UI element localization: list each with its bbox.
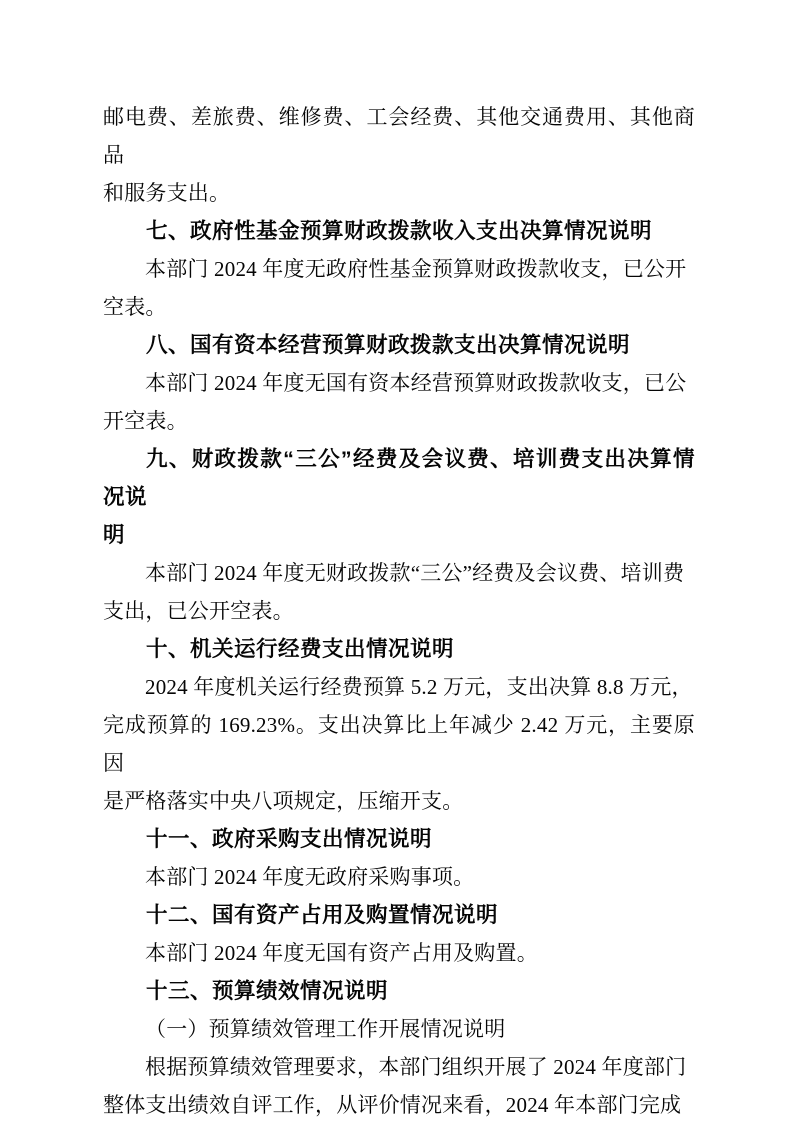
heading-section-9: 九、财政拨款“三公”经费及会议费、培训费支出决算情况说 明 <box>103 440 695 554</box>
heading-section-10: 十、机关运行经费支出情况说明 <box>103 630 695 668</box>
para-section-13-1: 根据预算绩效管理要求，本部门组织开展了 2024 年度部门 整体支出绩效自评工作… <box>103 1048 695 1122</box>
para-continued-goods-services: 邮电费、差旅费、维修费、工会经费、其他交通费用、其他商品 和服务支出。 <box>103 98 695 212</box>
heading-section-7: 七、政府性基金预算财政拨款收入支出决算情况说明 <box>103 212 695 250</box>
para-section-9: 本部门 2024 年度无财政拨款“三公”经费及会议费、培训费 支出，已公开空表。 <box>103 554 695 630</box>
heading-section-11: 十一、政府采购支出情况说明 <box>103 820 695 858</box>
para-section-10: 2024 年度机关运行经费预算 5.2 万元，支出决算 8.8 万元， 完成预算… <box>103 668 695 820</box>
para-section-7: 本部门 2024 年度无政府性基金预算财政拨款收支，已公开 空表。 <box>103 250 695 326</box>
subheading-section-13-1: （一）预算绩效管理工作开展情况说明 <box>103 1010 695 1048</box>
para-section-12: 本部门 2024 年度无国有资产占用及购置。 <box>103 934 695 972</box>
document-body: 邮电费、差旅费、维修费、工会经费、其他交通费用、其他商品 和服务支出。七、政府性… <box>103 98 695 1122</box>
document-page: 邮电费、差旅费、维修费、工会经费、其他交通费用、其他商品 和服务支出。七、政府性… <box>0 0 793 1122</box>
heading-section-8: 八、国有资本经营预算财政拨款支出决算情况说明 <box>103 326 695 364</box>
para-section-8: 本部门 2024 年度无国有资本经营预算财政拨款收支，已公 开空表。 <box>103 364 695 440</box>
para-section-11: 本部门 2024 年度无政府采购事项。 <box>103 858 695 896</box>
heading-section-12: 十二、国有资产占用及购置情况说明 <box>103 896 695 934</box>
heading-section-13: 十三、预算绩效情况说明 <box>103 972 695 1010</box>
